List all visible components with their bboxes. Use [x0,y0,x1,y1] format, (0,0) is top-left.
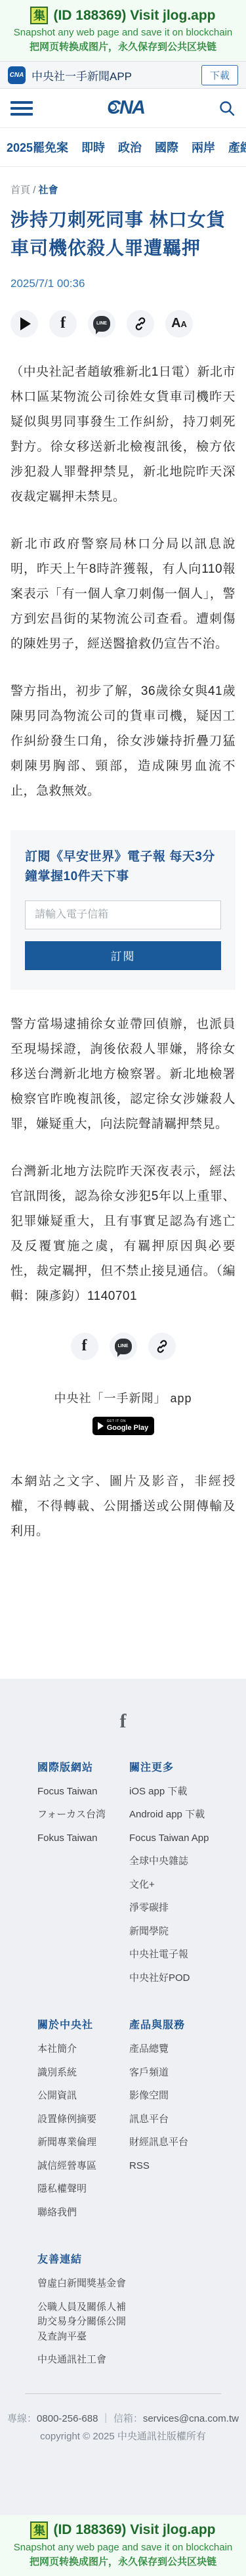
share-facebook-button[interactable]: f [49,310,77,338]
nav-item[interactable]: 產經 [228,141,246,154]
nav-item[interactable]: 即時 [81,141,105,154]
page: 集 (ID 188369) Visit jlog.app Snapshot an… [0,0,246,2576]
footer-section-title: 關注更多 [129,1759,246,1774]
nav-item[interactable]: 2025罷免案 [7,141,68,154]
footer-link[interactable]: 產品總覽 [129,2042,228,2057]
footer-link[interactable]: 影像空間 [129,2089,228,2104]
footer-link[interactable]: 中央社電子報 [129,1947,228,1963]
footer-section: 關於中央社 本社簡介識別系統公開資訊設置條例摘要新聞專業倫理誠信經營專區隱私權聲… [37,2016,129,2229]
jlog-id-text: (ID 188369) Visit jlog.app [53,2522,215,2538]
footer-link[interactable]: Android app 下載 [129,1808,228,1823]
globe-icon [109,103,117,111]
share-toolbar-bottom: f LINE [10,1333,236,1360]
article-content: 首頁 / 社會 涉持刀刺死同事 林口女貨車司機依殺人罪遭羈押 2025/7/1 … [0,183,246,1679]
footer-divider [25,2393,221,2394]
line-icon: LINE [93,316,110,332]
footer-link[interactable]: iOS app 下載 [129,1785,228,1800]
footer-link[interactable]: 客戶頻道 [129,2066,228,2081]
footer-section-title: 關於中央社 [37,2016,129,2032]
footer-section: 國際版網站 Focus Taiwanフォーカス台湾Fokus Taiwan [37,1759,129,1995]
article-paragraph: 台灣新北地方法院昨天深夜表示，經法官訊問後，認為徐女涉犯5年以上重罪、犯罪嫌疑重… [10,1159,236,1309]
copy-link-button[interactable] [127,310,154,338]
play-icon [20,317,31,330]
jlog-subtitle-zh: 把网页转换成图片，永久保存到公共区块链 [4,2554,242,2568]
site-footer: f 國際版網站 Focus Taiwanフォーカス台湾Fokus Taiwan … [0,1679,246,2515]
jlog-subtitle-zh: 把网页转换成图片，永久保存到公共区块链 [4,39,242,53]
footer-link[interactable]: 公開資訊 [37,2089,129,2104]
share-facebook-button[interactable]: f [71,1333,98,1360]
jlog-banner-bottom[interactable]: 集 (ID 188369) Visit jlog.app Snapshot an… [0,2515,246,2576]
page-title: 涉持刀刺死同事 林口女貨車司機依殺人罪遭羈押 [10,206,236,263]
footer-link[interactable]: 隱私權聲明 [37,2182,129,2197]
footer-link[interactable]: RSS [129,2159,228,2174]
footer-link[interactable]: 文化+ [129,1878,228,1893]
article-paragraph: 警方當場逮捕徐女並帶回偵辦，也派員至現場採證，詢後依殺人罪嫌，將徐女移送台灣新北… [10,1012,236,1137]
footer-link[interactable]: 設置條例摘要 [37,2112,129,2127]
footer-link[interactable]: 淨零碳排 [129,1901,228,1916]
footer-link-columns: 國際版網站 Focus Taiwanフォーカス台湾Fokus Taiwan 關注… [0,1759,246,2376]
google-play-icon [98,1422,104,1430]
footer-contact: 專線：0800-256-688 ｜ 信箱：services@cna.com.tw [0,2411,246,2425]
footer-link[interactable]: 曾虛白新聞獎基金會 [37,2276,129,2292]
jlog-subtitle-en: Snapshot any web page and save it on blo… [4,27,242,38]
footer-section-title: 產品與服務 [129,2016,246,2032]
footer-link[interactable]: 誠信經營專區 [37,2159,129,2174]
jlog-banner-top[interactable]: 集 (ID 188369) Visit jlog.app Snapshot an… [0,0,246,61]
footer-link[interactable]: 新聞專業倫理 [37,2135,129,2150]
breadcrumb-home[interactable]: 首頁 [10,185,30,196]
google-play-badge[interactable]: GET IT ONGoogle Play [92,1417,154,1435]
footer-section: 關注更多 iOS app 下載Android app 下載Focus Taiwa… [129,1759,246,1995]
breadcrumb-separator: / [33,185,35,196]
nav-item[interactable]: 政治 [118,141,142,154]
article-paragraph: 新北市政府警察局林口分局以訊息說明，昨天上午8時許獲報，有人向110報案表示「有… [10,532,236,657]
footer-link[interactable]: 財經訊息平台 [129,2135,228,2150]
facebook-icon: f [60,315,66,332]
cna-logo[interactable]: CNA [107,97,144,119]
font-size-icon: AA [171,316,187,331]
footer-link[interactable]: フォーカス台湾 [37,1808,129,1823]
footer-section-title: 國際版網站 [37,1759,129,1774]
jlog-logo-icon: 集 [30,2521,48,2539]
nav-item[interactable]: 兩岸 [192,141,215,154]
footer-link[interactable]: 全球中央雜誌 [129,1854,228,1869]
app-strip-title: 中央社一手新聞APP [31,67,195,83]
footer-phone: 0800-256-688 [37,2413,98,2424]
footer-section: 友善連結 曾虛白新聞獎基金會公職人員及關係人補助交易身分關係公開及查詢平臺中央通… [37,2251,129,2376]
breadcrumb: 首頁 / 社會 [10,183,236,196]
jlog-subtitle-en: Snapshot any web page and save it on blo… [4,2542,242,2553]
copy-link-button[interactable] [148,1333,176,1360]
article-paragraph: 警方指出，初步了解，36歲徐女與41歲陳男同為物流公司的貨車司機，疑因工作糾紛發… [10,679,236,804]
article-body-top: （中央社記者趙敏雅新北1日電）新北市林口區某物流公司徐姓女貨車司機昨天疑似與男同… [10,360,236,804]
font-size-button[interactable]: AA [165,310,193,338]
site-header: CNA [0,89,246,128]
article-body-bottom: 警方當場逮捕徐女並帶回偵辦，也派員至現場採證，詢後依殺人罪嫌，將徐女移送台灣新北… [10,1012,236,1309]
cna-app-icon: CNA [8,66,26,84]
breadcrumb-category[interactable]: 社會 [39,185,58,196]
newsletter-box: 訂閱《早安世界》電子報 每天3分鐘掌握10件天下事 訂閱 [10,830,236,990]
jlog-logo-icon: 集 [30,7,48,24]
app-promo-title: 中央社「一手新聞」 app [10,1389,236,1406]
app-download-strip: CNA 中央社一手新聞APP 下載 [0,61,246,89]
footer-link[interactable]: Focus Taiwan App [129,1831,228,1846]
footer-section-title: 友善連結 [37,2251,129,2266]
newsletter-title: 訂閱《早安世界》電子報 每天3分鐘掌握10件天下事 [25,847,221,887]
share-line-button[interactable]: LINE [110,1333,137,1360]
footer-facebook-icon[interactable]: f [0,1710,246,1733]
app-download-button[interactable]: 下載 [201,65,238,85]
footer-link[interactable]: 公職人員及關係人補助交易身分關係公開及查詢平臺 [37,2300,129,2345]
menu-icon[interactable] [10,101,33,116]
link-icon [133,317,148,331]
link-icon [155,1339,169,1354]
app-promo: 中央社「一手新聞」 app GET IT ONGoogle Play [10,1389,236,1435]
footer-link[interactable]: 中央社好POD [129,1971,228,1986]
article-paragraph: （中央社記者趙敏雅新北1日電）新北市林口區某物流公司徐姓女貨車司機昨天疑似與男同… [10,360,236,510]
facebook-icon: f [82,1337,87,1355]
footer-link[interactable]: 新聞學院 [129,1924,228,1940]
footer-link[interactable]: 識別系統 [37,2066,129,2081]
footer-link[interactable]: Fokus Taiwan [37,1831,129,1846]
nav-item[interactable]: 國際 [155,141,178,154]
copyright-notice: 本網站之文字、圖片及影音，非經授權，不得轉載、公開播送或公開傳輸及利用。 [10,1469,236,1544]
footer-copyright: copyright © 2025 中央通訊社版權所有 [0,2429,246,2443]
footer-link[interactable]: 本社簡介 [37,2042,129,2057]
newsletter-subscribe-button[interactable]: 訂閱 [25,941,221,970]
newsletter-email-input[interactable] [25,900,221,929]
footer-link[interactable]: 訊息平台 [129,2112,228,2127]
footer-link[interactable]: 聯絡我們 [37,2206,129,2221]
line-icon: LINE [115,1339,132,1354]
listen-play-button[interactable] [10,310,38,338]
share-toolbar: f LINE AA [10,310,236,338]
footer-email-link[interactable]: services@cna.com.tw [143,2413,239,2424]
footer-link[interactable]: 中央通訊社工會 [37,2353,129,2368]
footer-link[interactable]: Focus Taiwan [37,1785,129,1800]
footer-section: 產品與服務 產品總覽客戶頻道影像空間訊息平台財經訊息平台RSS [129,2016,246,2229]
jlog-id-text: (ID 188369) Visit jlog.app [53,8,215,24]
article-date: 2025/7/1 00:36 [10,277,236,290]
share-line-button[interactable]: LINE [88,310,115,338]
search-icon[interactable] [218,100,236,117]
main-nav: 2025罷免案即時政治國際兩岸產經 [0,128,246,167]
